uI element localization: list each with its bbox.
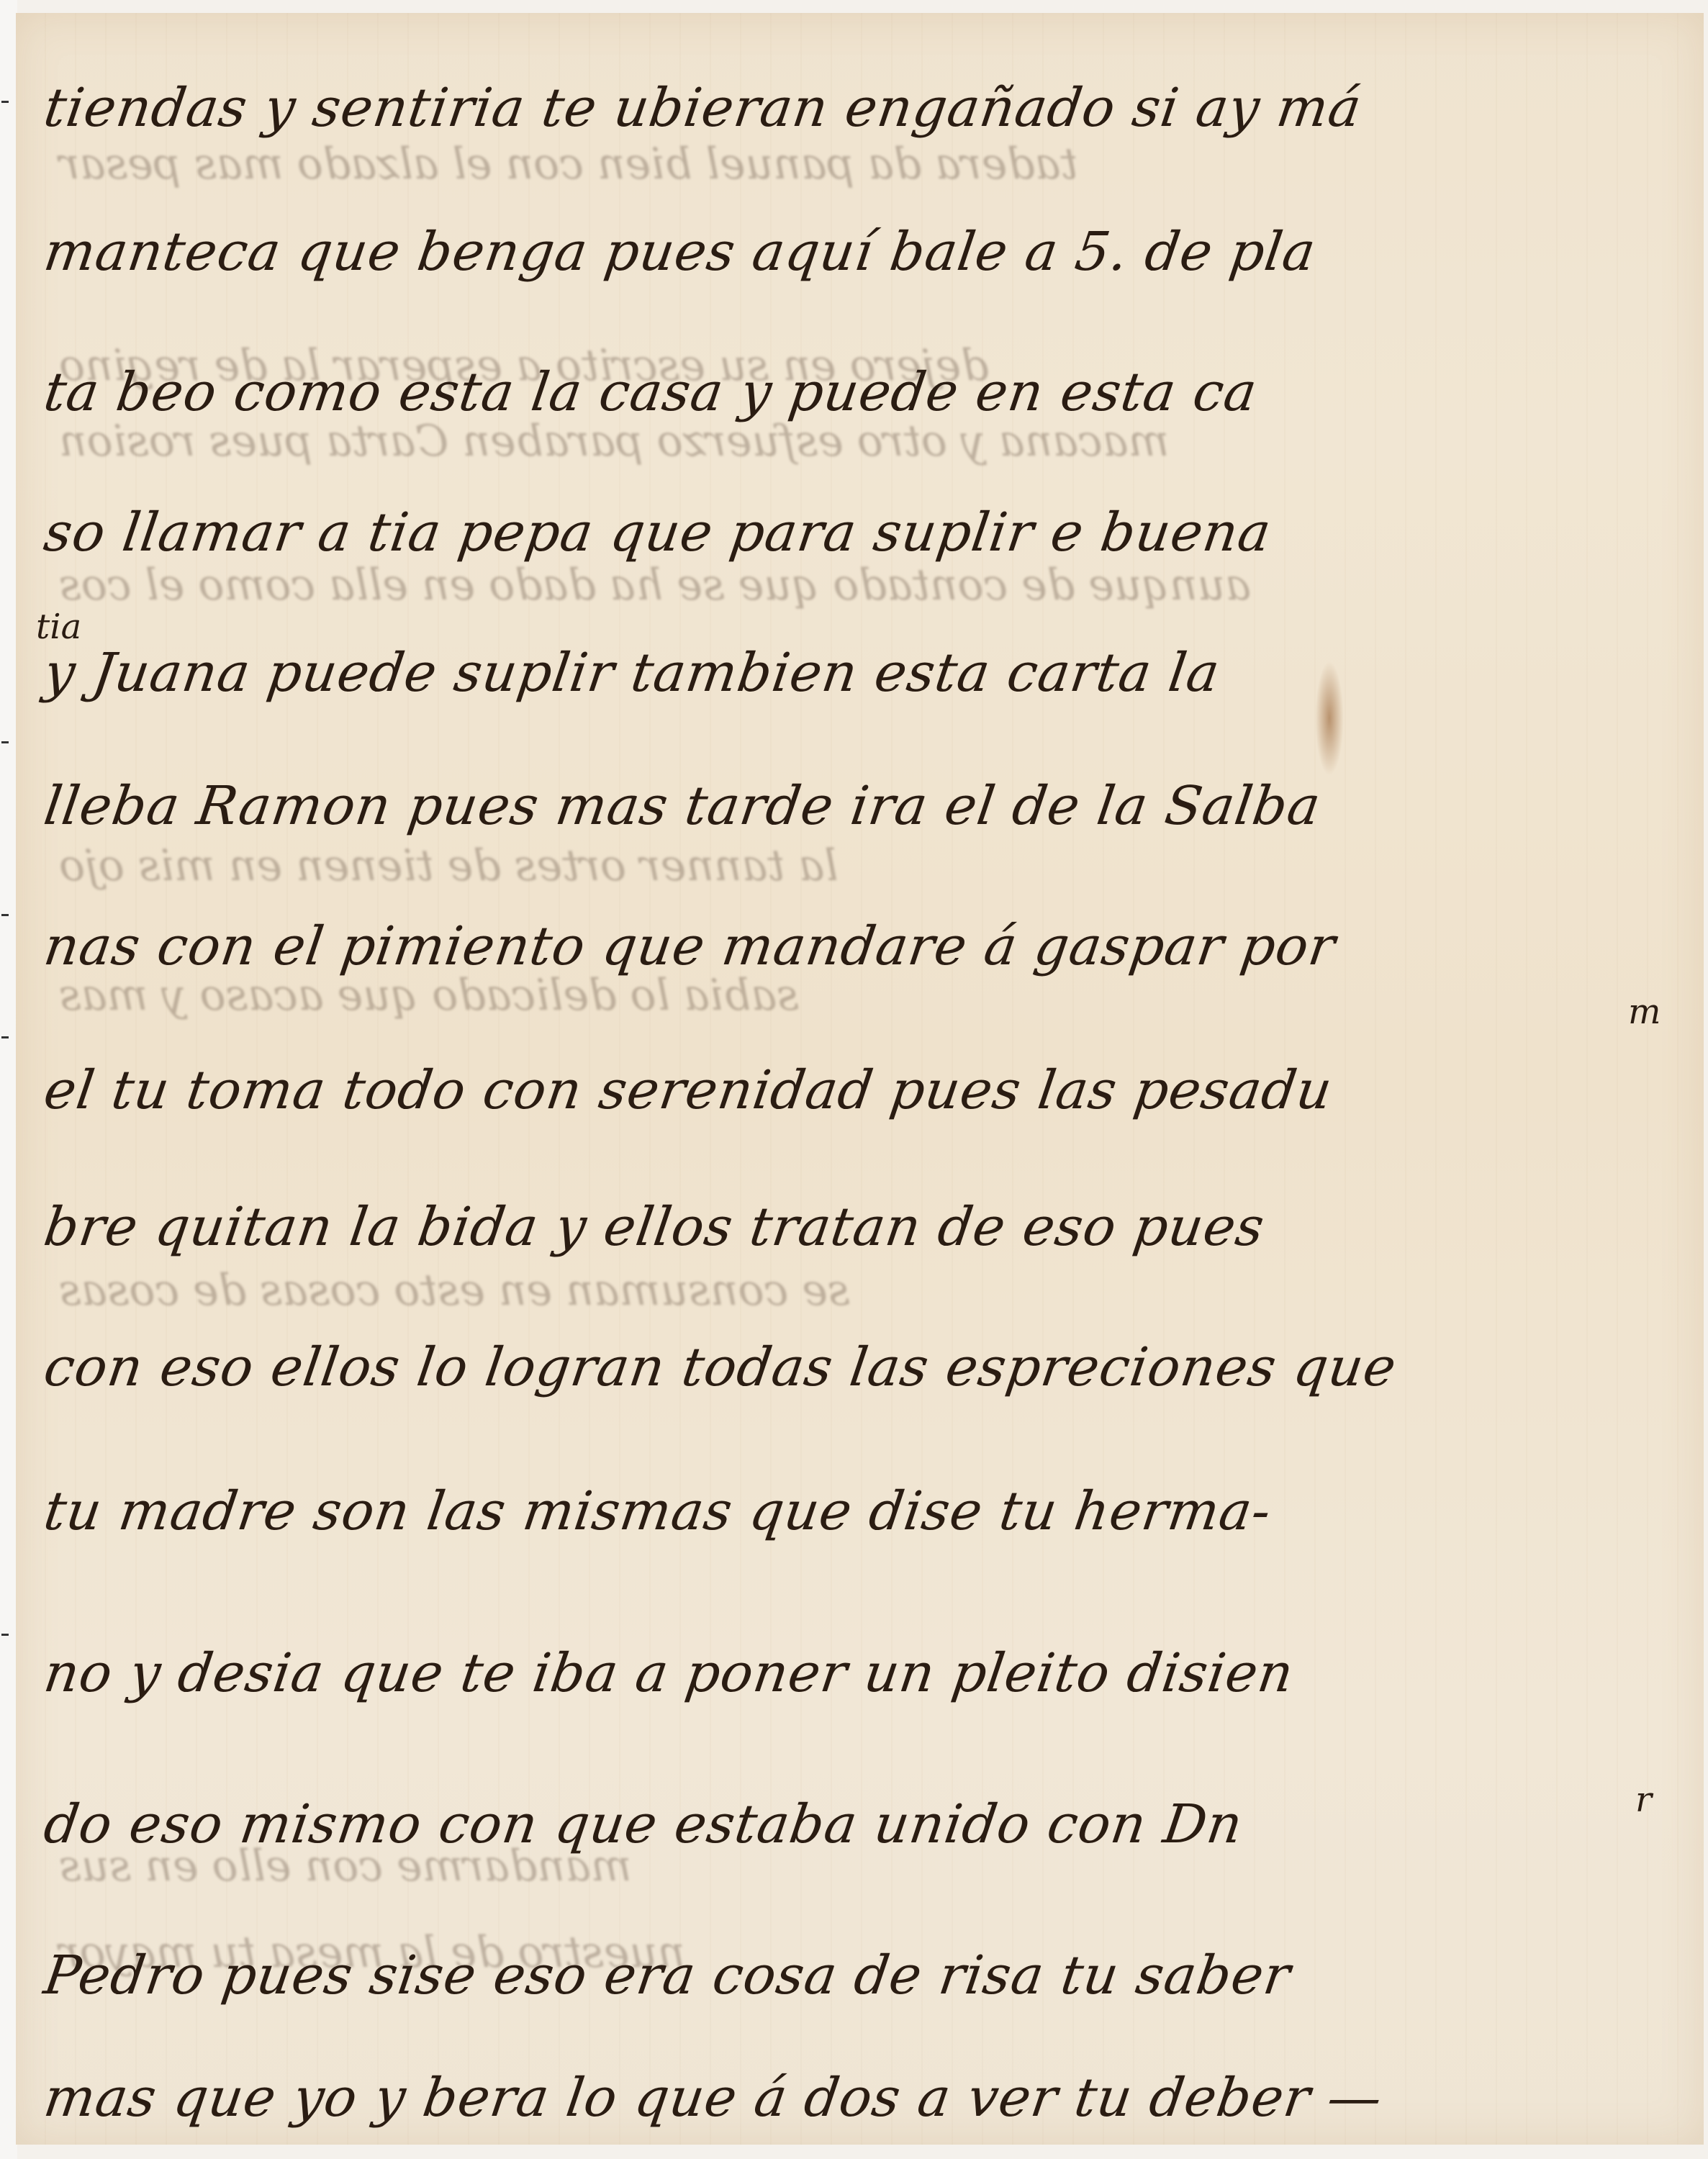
handwritten-line: manteca que benga pues aquí bale a 5. de… [45,196,1682,283]
margin-mark [1,1036,9,1038]
line-text: so llamar a tia pepa que para suplir e b… [40,502,1275,563]
handwritten-line: tiendas y sentiria te ubieran engañado s… [45,53,1682,139]
line-text: no y desia que te iba a poner un pleito … [40,1642,1298,1704]
line-text: mas que yo y bera lo que á dos a ver tu … [40,2067,1386,2129]
handwritten-line: do eso mismo con que estaba unido con Dn [45,1769,1682,1855]
line-text: tu madre son las mismas que dise tu herm… [40,1480,1275,1542]
handwritten-line: so llamar a tia pepa que para suplir e b… [45,477,1682,563]
margin-mark [1,741,9,743]
line-text: y Juana puede suplir tambien esta carta … [40,642,1224,704]
line-text: bre quitan la bida y ellos tratan de eso… [40,1196,1268,1258]
line-text: lleba Ramon pues mas tarde ira el de la … [40,775,1324,837]
bleed-through-text: tadera da panuel bien con el alzado mas … [59,139,1077,189]
handwritten-line: y Juana puede suplir tambien esta carta … [45,617,1682,704]
handwritten-line: ta beo como esta la casa y puede en esta… [45,337,1682,423]
line-text: tiendas y sentiria te ubieran engañado s… [40,77,1365,139]
bleed-through-text: aunque de contado que se ha dado en ella… [59,560,1251,610]
bleed-through-text: la tanner ortes de tienen en mis ojo [59,841,838,891]
handwritten-line: lleba Ramon pues mas tarde ira el de la … [45,751,1682,837]
line-text: con eso ellos lo logran todas las esprec… [40,1336,1401,1398]
line-text: manteca que benga pues aquí bale a 5. de… [40,221,1320,283]
handwritten-line: el tu toma todo con serenidad pues las p… [45,1035,1682,1121]
interlinear-note: r [1635,1780,1652,1820]
bleed-through-text: se consuman en esto cosas de cosas [59,1265,850,1316]
interlinear-note: m [1628,992,1661,1032]
line-text: el tu toma todo con serenidad pues las p… [40,1059,1337,1121]
bleed-through-text: macana y otro esfuerzo paraben Carta pue… [59,416,1169,466]
handwritten-line: no y desia que te iba a poner un pleito … [45,1618,1682,1704]
bleed-through-text: sabia lo delicado que acaso y mas [59,970,799,1020]
handwritten-line: bre quitan la bida y ellos tratan de eso… [45,1172,1682,1258]
scanner-margin [0,0,17,2159]
handwritten-line: nas con el pimiento que mandare á gaspar… [45,891,1682,977]
margin-mark [1,1634,9,1636]
handwritten-line: mas que yo y bera lo que á dos a ver tu … [45,2042,1682,2129]
letter-page: tadera da panuel bien con el alzado mas … [16,13,1704,2145]
margin-mark [1,101,9,103]
line-text: ta beo como esta la casa y puede en esta… [40,361,1261,423]
handwritten-line: Pedro pues sise eso era cosa de risa tu … [45,1920,1682,2006]
margin-mark [1,914,9,916]
handwritten-line: tu madre son las mismas que dise tu herm… [45,1456,1682,1542]
line-text: do eso mismo con que estaba unido con Dn [40,1793,1247,1855]
line-text: Pedro pues sise eso era cosa de risa tu … [40,1945,1295,2006]
line-text: nas con el pimiento que mandare á gaspar… [40,915,1339,977]
handwritten-line: con eso ellos lo logran todas las esprec… [45,1312,1682,1398]
